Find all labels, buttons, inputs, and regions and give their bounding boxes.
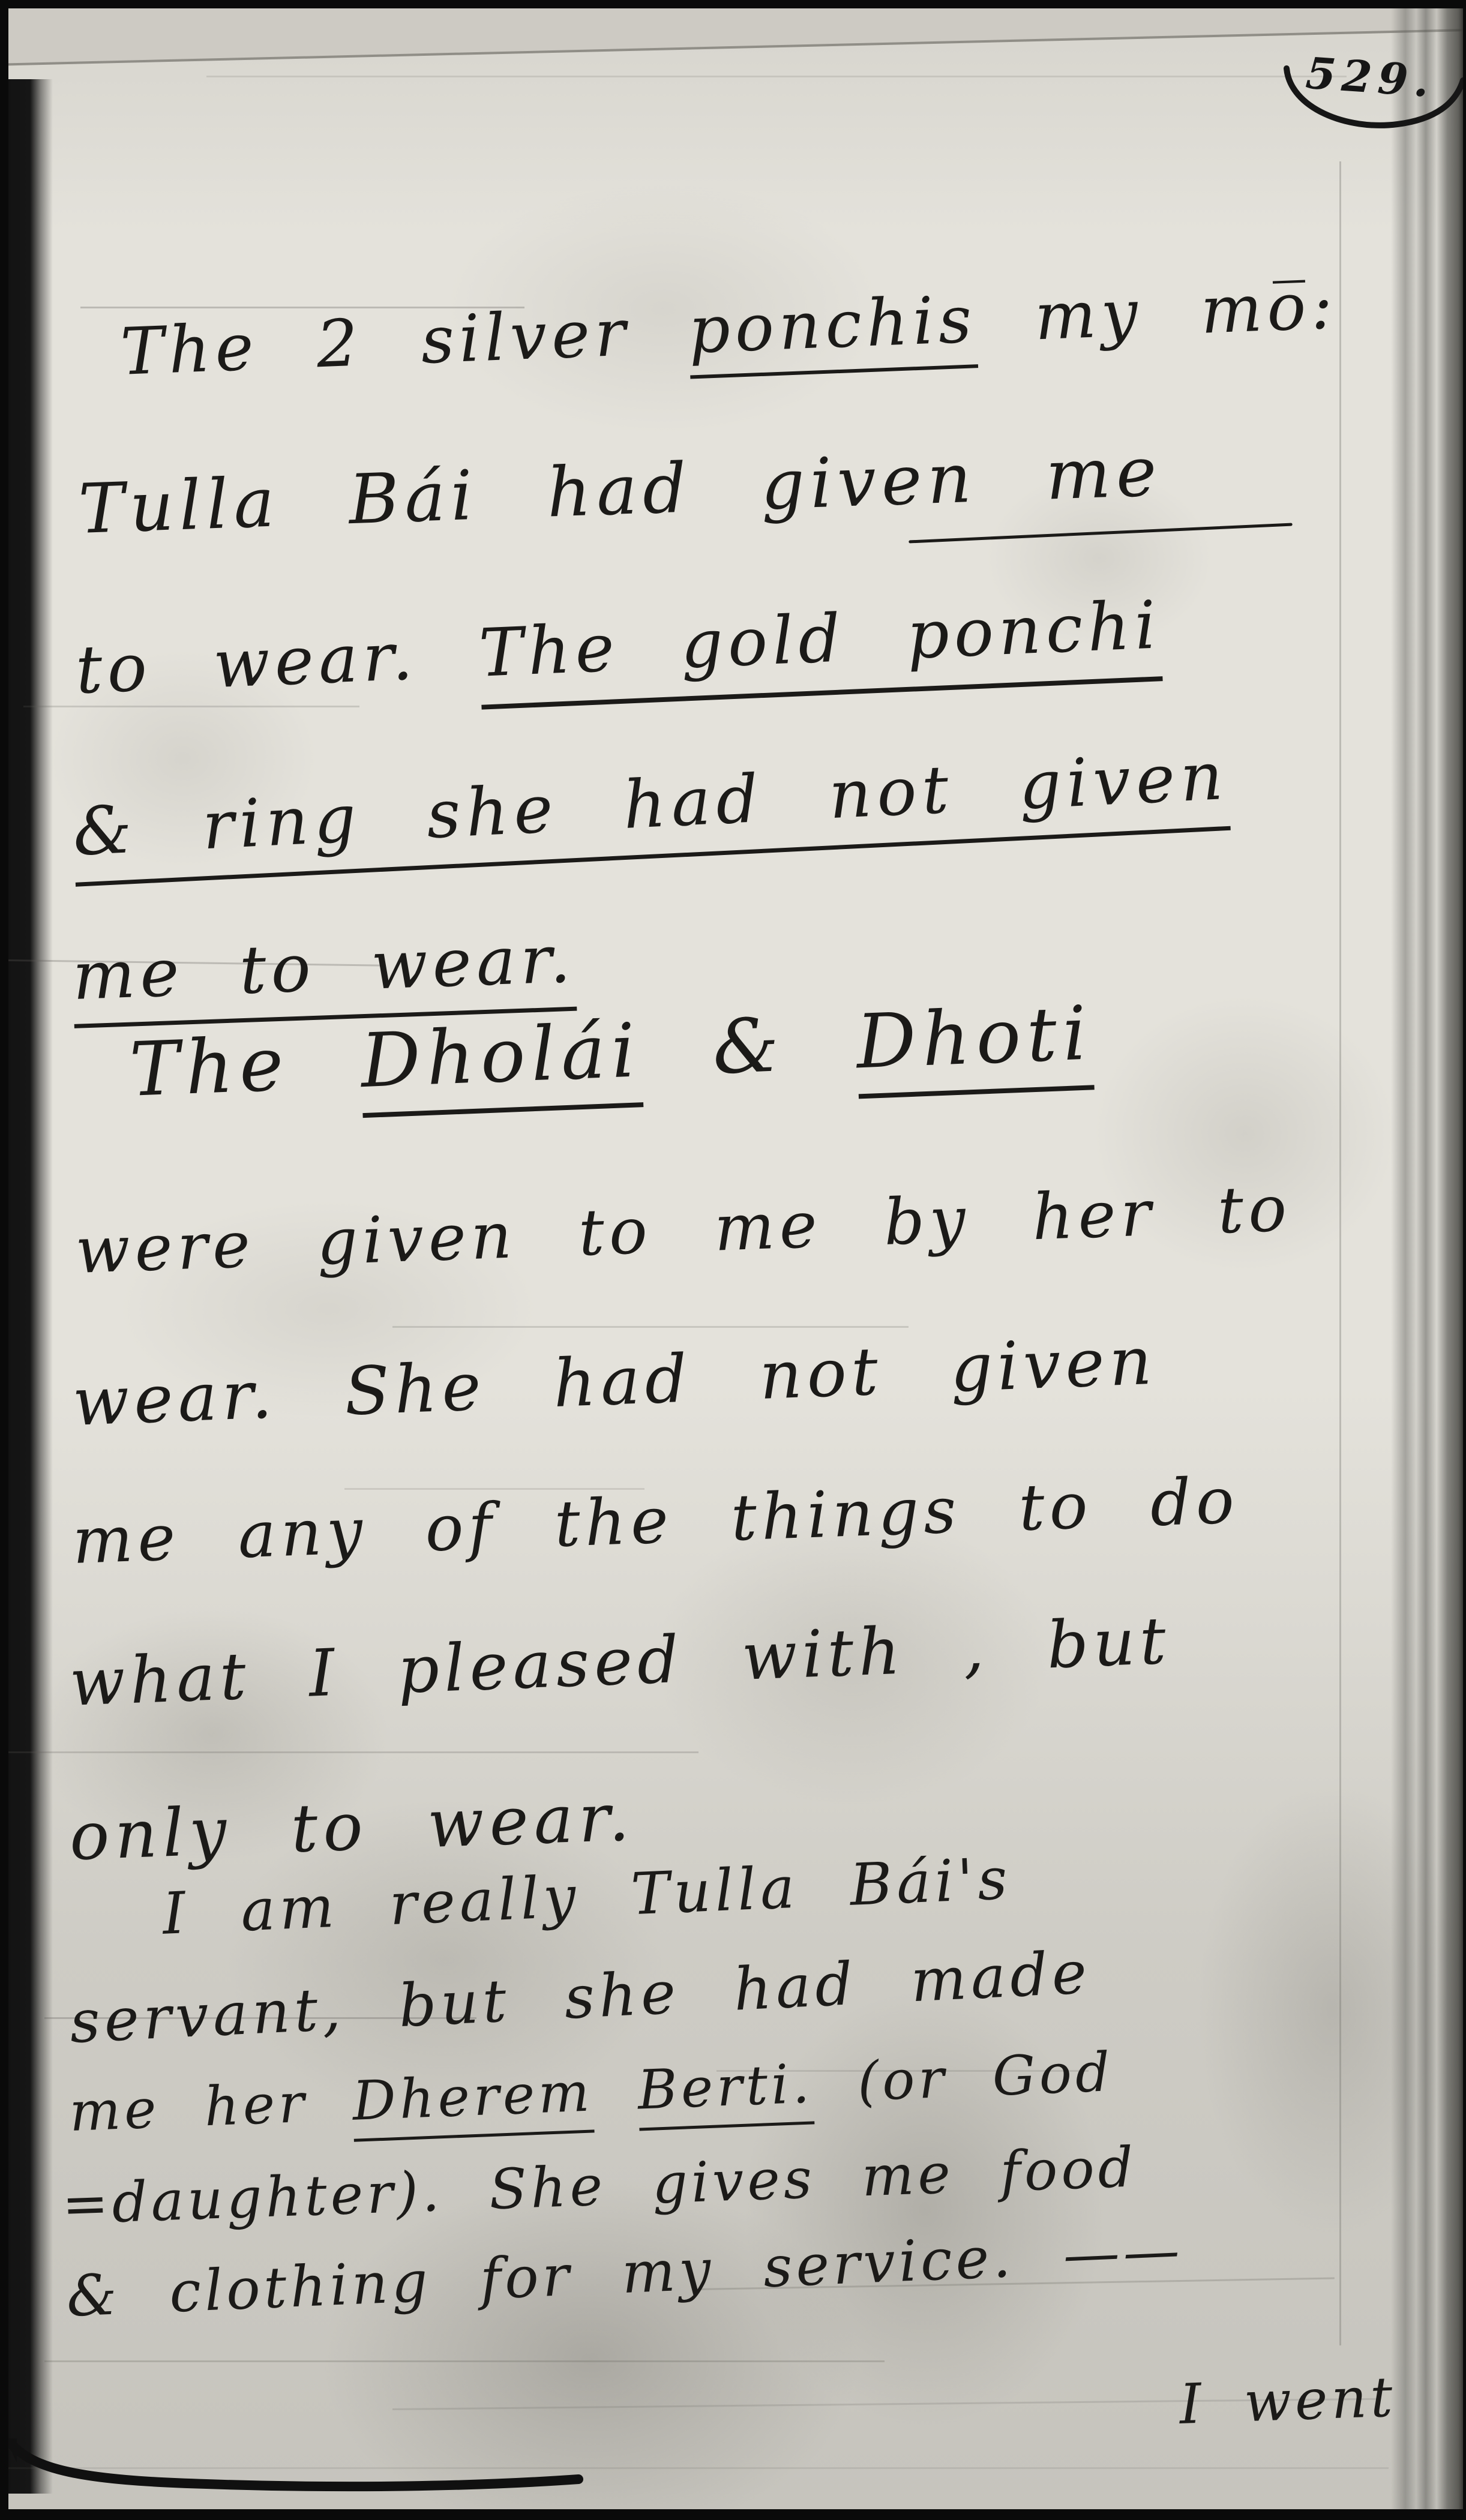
spine-shadow [8, 79, 53, 2494]
manuscript-line: me any of the things to do [71, 1469, 1240, 1573]
manuscript-line: & clothing for my service. —— [65, 2222, 1184, 2326]
page-corner-edge [8, 8, 1463, 66]
manuscript-line: Tulla Bái had given me [77, 437, 1163, 544]
manuscript-line: servant, but she had made [68, 1943, 1092, 2052]
manuscript-line: what I pleased with , but [68, 1609, 1172, 1716]
underlined-text: Dholái [359, 1007, 643, 1118]
text-segment: Tulla Bái had given me [77, 431, 1164, 549]
manuscript-line: wear. She had not given [71, 1328, 1158, 1435]
manuscript-line: The 2 silver ponchis my mo̅: [119, 274, 1339, 385]
manuscript-line: & ring she had not given [71, 743, 1230, 865]
manuscript-line: I went [1179, 2369, 1397, 2432]
text-segment: I went [1179, 2365, 1398, 2437]
text-segment: wear. She had not given [71, 1322, 1158, 1441]
scan-streak [23, 706, 359, 707]
manuscript-line: me her Dherem Berti. (or God [68, 2045, 1114, 2140]
pen-flourish [909, 523, 1293, 543]
underlined-text: & ring she had not given [71, 737, 1231, 887]
manuscript-line: =daughter). She gives me food [61, 2140, 1138, 2232]
text-segment: me her [68, 2070, 354, 2144]
text-segment: my mo̅: [975, 268, 1339, 357]
page-number: 529. [1304, 47, 1437, 107]
scan-streak [8, 1751, 698, 1753]
manuscript-line: only to wear. [68, 1784, 635, 1870]
text-segment: =daughter). She gives me food [61, 2135, 1138, 2236]
text-segment: me any of the things to do [71, 1463, 1240, 1578]
text-segment: & clothing for my service. —— [65, 2218, 1185, 2330]
text-segment: (or God [811, 2041, 1114, 2115]
manuscript-line: were given to me by her to [74, 1177, 1293, 1283]
manuscript-line: me to wear. [71, 926, 576, 1009]
scan-streak [392, 1326, 909, 1328]
text-segment: what I pleased with , but [68, 1604, 1172, 1721]
underlined-text: me to wear. [71, 920, 577, 1028]
text-segment: only to wear. [68, 1778, 636, 1875]
text-segment: servant, but she had made [68, 1939, 1093, 2057]
margin-rule-line [1339, 161, 1341, 2345]
paper-sheet: 529. The 2 silver ponchis my mo̅:Tulla B… [8, 8, 1463, 2509]
text-segment: & [640, 999, 858, 1094]
bottom-edge-curve [8, 2438, 584, 2492]
page-number-block: 529. [1263, 46, 1463, 154]
text-segment: to wear. [74, 615, 481, 709]
text-segment [592, 2059, 639, 2124]
underlined-text: ponchis [687, 282, 978, 379]
manuscript-line: to wear. The gold ponchi [74, 592, 1162, 703]
scan-streak [206, 76, 1347, 77]
underlined-text: Berti. [637, 2052, 814, 2131]
scanned-book-page: 529. The 2 silver ponchis my mo̅:Tulla B… [0, 0, 1466, 2520]
underlined-text: The gold ponchi [478, 586, 1163, 709]
page-edge-streaks [1391, 8, 1463, 2509]
text-segment: The [128, 1018, 363, 1114]
scan-streak [44, 2360, 885, 2362]
text-segment: were given to me by her to [74, 1171, 1293, 1288]
underlined-text: Dhoti [855, 990, 1095, 1099]
underlined-text: Dherem [351, 2060, 594, 2141]
